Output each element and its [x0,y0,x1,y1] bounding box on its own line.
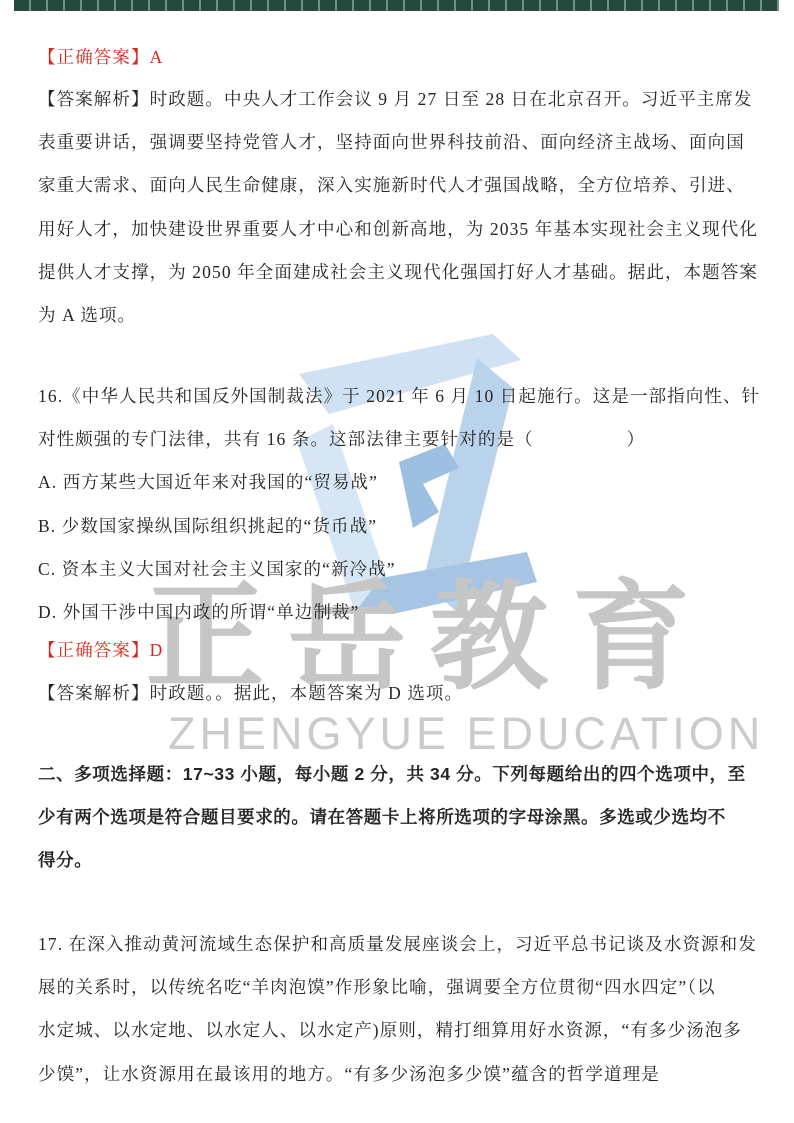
analysis-1-line: 提供人才支撑，为 2050 年全面建成社会主义现代化强国打好人才基础。据此，本题… [38,251,762,294]
section-2-line: 得分。 [38,839,762,882]
analysis-2-text: 【答案解析】时政题。。据此，本题答案为 D 选项。 [38,672,762,715]
question-17-stem-line: 17. 在深入推动黄河流域生态保护和高质量发展座谈会上，习近平总书记谈及水资源和… [38,923,762,966]
question-16-option-d: D. 外国干涉中国内政的所谓“单边制裁” [38,591,762,634]
section-2-line: 少有两个选项是符合题目要求的。请在答题卡上将所选项的字母涂黑。多选或少选均不 [38,796,762,839]
question-17-stem-line: 少馍”，让水资源用在最该用的地方。“有多少汤泡多少馍”蕴含的哲学道理是 [38,1053,762,1096]
correct-answer-1: 【正确答案】A [38,36,762,79]
question-16-option-a: A. 西方某些大国近年来对我国的“贸易战” [38,461,762,504]
question-17-stem-line: 水定城、以水定地、以水定人、以水定产)原则，精打细算用好水资源，“有多少汤泡多 [38,1009,762,1052]
correct-answer-2: 【正确答案】D [38,629,762,672]
analysis-1-line: 用好人才，加快建设世界重要人才中心和创新高地，为 2035 年基本实现社会主义现… [38,208,762,251]
question-16-stem-line: 对性颇强的专门法律，共有 16 条。这部法律主要针对的是（ ） [38,418,762,461]
answer-analysis-1: 【答案解析】时政题。中央人才工作会议 9 月 27 日至 28 日在北京召开。习… [38,78,762,337]
section-2-line: 二、多项选择题：17~33 小题，每小题 2 分，共 34 分。下列每题给出的四… [38,753,762,796]
analysis-1-line: 【答案解析】时政题。中央人才工作会议 9 月 27 日至 28 日在北京召开。习… [38,78,762,121]
analysis-1-line: 表重要讲话，强调要坚持党管人才，坚持面向世界科技前沿、面向经济主战场、面向国 [38,121,762,164]
answer-analysis-2: 【答案解析】时政题。。据此，本题答案为 D 选项。 [38,672,762,715]
analysis-1-line: 家重大需求、面向人民生命健康，深入实施新时代人才强国战略，全方位培养、引进、 [38,164,762,207]
question-16: 16.《中华人民共和国反外国制裁法》于 2021 年 6 月 10 日起施行。这… [38,375,762,634]
section-2-heading: 二、多项选择题：17~33 小题，每小题 2 分，共 34 分。下列每题给出的四… [38,753,762,883]
question-16-stem-line: 16.《中华人民共和国反外国制裁法》于 2021 年 6 月 10 日起施行。这… [38,375,762,418]
page-top-decorative-bar [14,0,779,11]
analysis-1-line: 为 A 选项。 [38,294,762,337]
question-16-option-b: B. 少数国家操纵国际组织挑起的“货币战” [38,505,762,548]
document-content: 【正确答案】A 【答案解析】时政题。中央人才工作会议 9 月 27 日至 28 … [0,0,794,1123]
document-page: 正岳教育 ZHENGYUE EDUCATION 【正确答案】A 【答案解析】时政… [0,0,794,1123]
correct-answer-1-label: 【正确答案】A [38,36,762,79]
question-17-stem-line: 展的关系时，以传统名吃“羊肉泡馍”作形象比喻，强调要全方位贯彻“四水四定”（以 [38,966,762,1009]
question-17: 17. 在深入推动黄河流域生态保护和高质量发展座谈会上，习近平总书记谈及水资源和… [38,923,762,1096]
question-16-option-c: C. 资本主义大国对社会主义国家的“新冷战” [38,548,762,591]
correct-answer-2-label: 【正确答案】D [38,629,762,672]
